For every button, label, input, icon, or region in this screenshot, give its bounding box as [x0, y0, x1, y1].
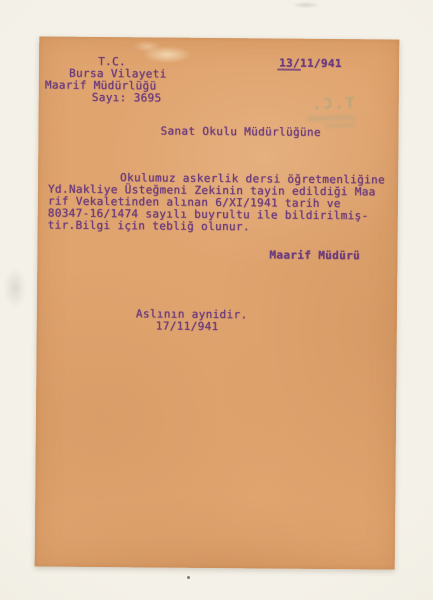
bleed-through-stamp-text: T.C.: [288, 94, 354, 114]
body-line-5: tir.Bilgi için tebliğ olunur.: [48, 220, 250, 234]
letterhead-line-number: Sayı: 3695: [92, 92, 162, 105]
pen-underline: [277, 69, 301, 71]
document-photo: T.C. Bursa Vilayeti Maarif Müdürlüğü Say…: [0, 0, 433, 600]
bleed-through-smudge-1: [307, 115, 355, 121]
signature-title: Maarif Müdürü: [269, 249, 360, 262]
document-paper: T.C. Bursa Vilayeti Maarif Müdürlüğü Say…: [35, 36, 400, 569]
certification-date: 17/11/941: [156, 320, 219, 333]
mat-scuff-mark: [4, 268, 26, 308]
recipient-line: Sanat Okulu Müdürlüğüne: [160, 126, 320, 139]
bleed-through-stamp: T.C.: [288, 94, 355, 129]
bleed-through-smudge-2: [325, 123, 355, 128]
mat-speck: [187, 576, 190, 579]
mat-scratch-mark: [293, 2, 319, 8]
